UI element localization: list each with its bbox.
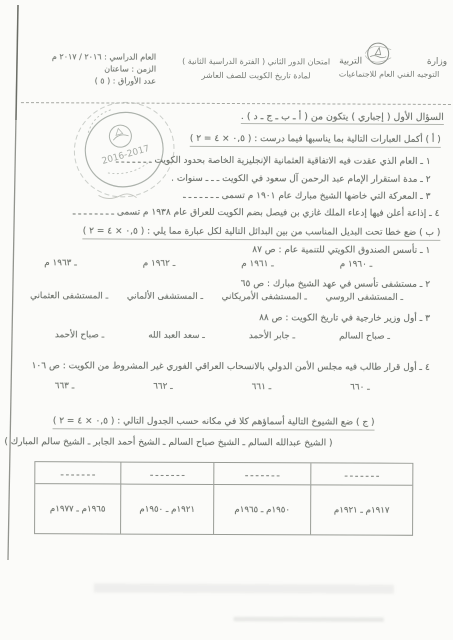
scan-edge-line — [0, 0, 453, 640]
